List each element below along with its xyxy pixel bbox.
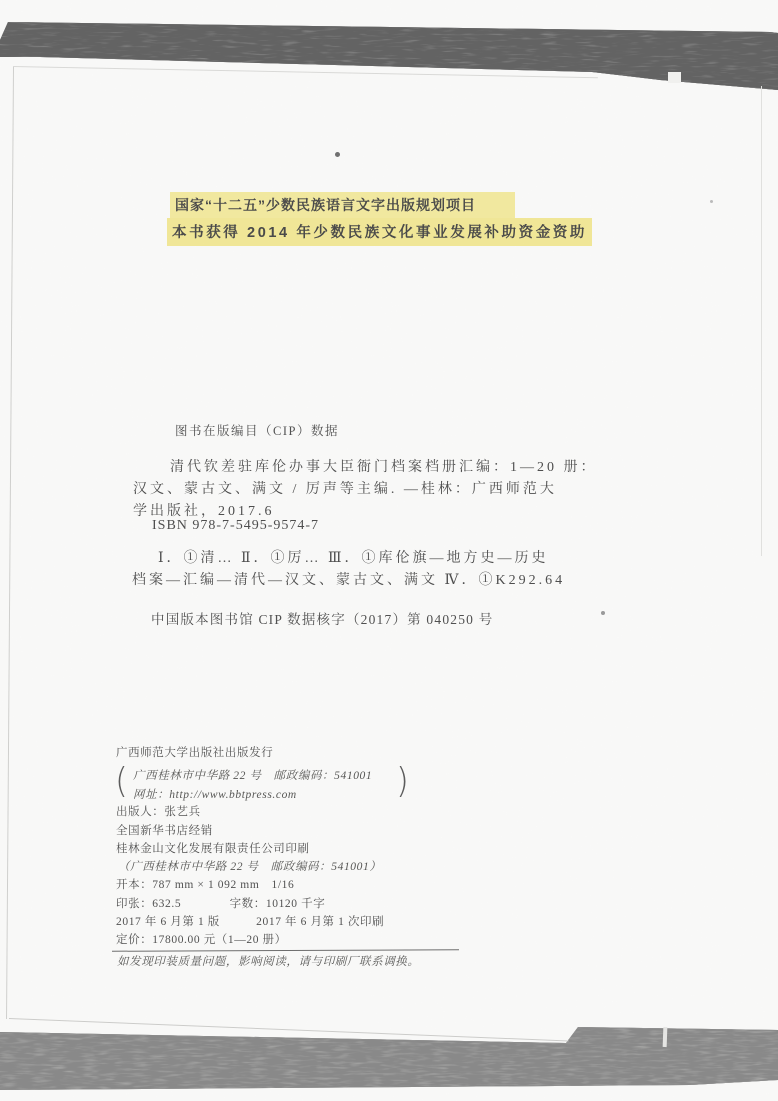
isbn-line: ISBN 978-7-5495-9574-7: [152, 518, 319, 534]
funding-banner-line-2: 本书获得 2014 年少数民族文化事业发展补助资金资助: [167, 218, 592, 246]
cip-classification-line-1: Ⅰ．①清… Ⅱ．①厉… Ⅲ．①库伦旗—地方史—历史: [158, 547, 549, 567]
scan-speck: [710, 200, 713, 203]
sheets-words-line: 印张：632.5 字数：10120 千字: [116, 895, 325, 911]
printer-address-line: （广西桂林市中华路 22 号 邮政编码：541001）: [118, 858, 381, 874]
distribution-line: 全国新华书店经销: [116, 822, 213, 838]
cip-record-line-2: 汉文、蒙古文、满文 / 厉声等主编. —桂林：广西师范大: [133, 478, 557, 498]
scanned-copyright-page: 国家“十二五”少数民族语言文字出版规划项目 本书获得 2014 年少数民族文化事…: [0, 0, 778, 1101]
page-left-edge: [6, 67, 14, 1019]
edition-line: 2017 年 6 月第 1 版 2017 年 6 月第 1 次印刷: [116, 913, 384, 929]
cip-record-line-1: 清代钦差驻库伦办事大臣衙门档案档册汇编：1—20 册：: [170, 456, 598, 476]
publisher-line: 广西师范大学出版社出版发行: [116, 744, 273, 760]
printer-line: 桂林金山文化发展有限责任公司印刷: [116, 840, 310, 856]
colophon-divider-rule: [112, 949, 459, 952]
scan-speck: [601, 611, 605, 615]
cip-registry-line: 中国版本图书馆 CIP 数据核字（2017）第 040250 号: [151, 608, 493, 628]
publisher-website-line: 网址：http://www.bbtpress.com: [133, 786, 297, 802]
scan-speck: [335, 152, 340, 157]
publisher-address-line: 广西桂林市中华路 22 号 邮政编码：541001: [133, 767, 372, 783]
cip-heading: 图书在版编目（CIP）数据: [175, 421, 339, 439]
funding-banner-line-1: 国家“十二五”少数民族语言文字出版规划项目: [170, 192, 515, 219]
address-paren-close: ): [396, 760, 409, 801]
format-line: 开本：787 mm × 1 092 mm 1/16: [116, 876, 294, 892]
quality-notice-line: 如发现印装质量问题，影响阅读，请与印刷厂联系调换。: [117, 953, 420, 969]
cip-classification-line-2: 档案—汇编—清代—汉文、蒙古文、满文 Ⅳ．①K292.64: [132, 569, 565, 589]
scan-bottom-band: [0, 1000, 778, 1101]
page-right-edge: [761, 86, 762, 556]
publisher-person-line: 出版人：张艺兵: [116, 803, 201, 819]
address-paren-open: (: [115, 760, 128, 801]
cip-record-line-3: 学出版社，2017.6: [133, 500, 275, 520]
price-line: 定价：17800.00 元（1—20 册）: [116, 931, 287, 947]
scan-top-band: [0, 0, 778, 120]
